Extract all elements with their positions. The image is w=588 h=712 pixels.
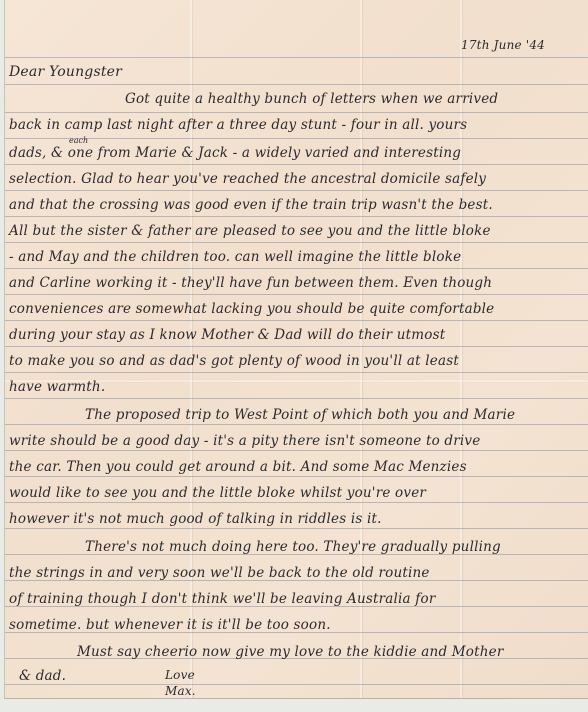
- closing: Love: [165, 668, 195, 682]
- ruled-line: [5, 372, 588, 373]
- body-line: during your stay as I know Mother & Dad …: [9, 327, 445, 343]
- body-line: back in camp last night after a three da…: [9, 117, 467, 133]
- ruled-line: [5, 684, 588, 685]
- ruled-line: [5, 476, 588, 477]
- body-line: the car. Then you could get around a bit…: [9, 459, 467, 475]
- ruled-line: [5, 268, 588, 269]
- ruled-line: [5, 320, 588, 321]
- ruled-line: [5, 242, 588, 243]
- body-line: conveniences are somewhat lacking you sh…: [9, 301, 494, 317]
- body-line: sometime. but whenever it is it'll be to…: [9, 617, 331, 633]
- body-line: write should be a good day - it's a pity…: [9, 433, 480, 449]
- body-line: however it's not much good of talking in…: [9, 511, 382, 527]
- insertion-note: each: [69, 136, 88, 145]
- body-line: and Carline working it - they'll have fu…: [9, 275, 492, 291]
- ruled-line: [5, 346, 588, 347]
- ruled-line: [5, 164, 588, 165]
- ruled-line: [5, 450, 588, 451]
- body-line: Must say cheerio now give my love to the…: [77, 644, 504, 660]
- body-line: have warmth.: [9, 379, 105, 395]
- letter-page: 17th June '44 Dear Youngster Got quite a…: [4, 0, 588, 699]
- ruled-line: [5, 294, 588, 295]
- ruled-line: [5, 112, 588, 113]
- body-line: There's not much doing here too. They're…: [85, 539, 501, 555]
- ruled-line: [5, 57, 588, 58]
- signature: Max.: [165, 684, 196, 698]
- body-line: the strings in and very soon we'll be ba…: [9, 565, 430, 581]
- body-line: The proposed trip to West Point of which…: [85, 407, 515, 423]
- body-line: - and May and the children too. can well…: [9, 249, 461, 265]
- ruled-line: [5, 398, 588, 399]
- ruled-line: [5, 190, 588, 191]
- body-line: of training though I don't think we'll b…: [9, 591, 435, 607]
- ruled-line: [5, 216, 588, 217]
- body-line: selection. Glad to hear you've reached t…: [9, 171, 486, 187]
- ruled-line: [5, 528, 588, 529]
- ruled-line: [5, 138, 588, 139]
- body-line: Got quite a healthy bunch of letters whe…: [125, 91, 498, 107]
- body-line: dads, & one from Marie & Jack - a widely…: [9, 145, 461, 161]
- body-line: would like to see you and the little blo…: [9, 485, 426, 501]
- body-line: and that the crossing was good even if t…: [9, 197, 493, 213]
- ruled-line: [5, 424, 588, 425]
- ruled-line: [5, 502, 588, 503]
- letter-date: 17th June '44: [461, 38, 545, 52]
- salutation: Dear Youngster: [9, 64, 122, 80]
- body-line: to make you so and as dad's got plenty o…: [9, 353, 459, 369]
- body-line: & dad.: [19, 668, 66, 684]
- ruled-line: [5, 84, 588, 85]
- body-line: All but the sister & father are pleased …: [9, 223, 491, 239]
